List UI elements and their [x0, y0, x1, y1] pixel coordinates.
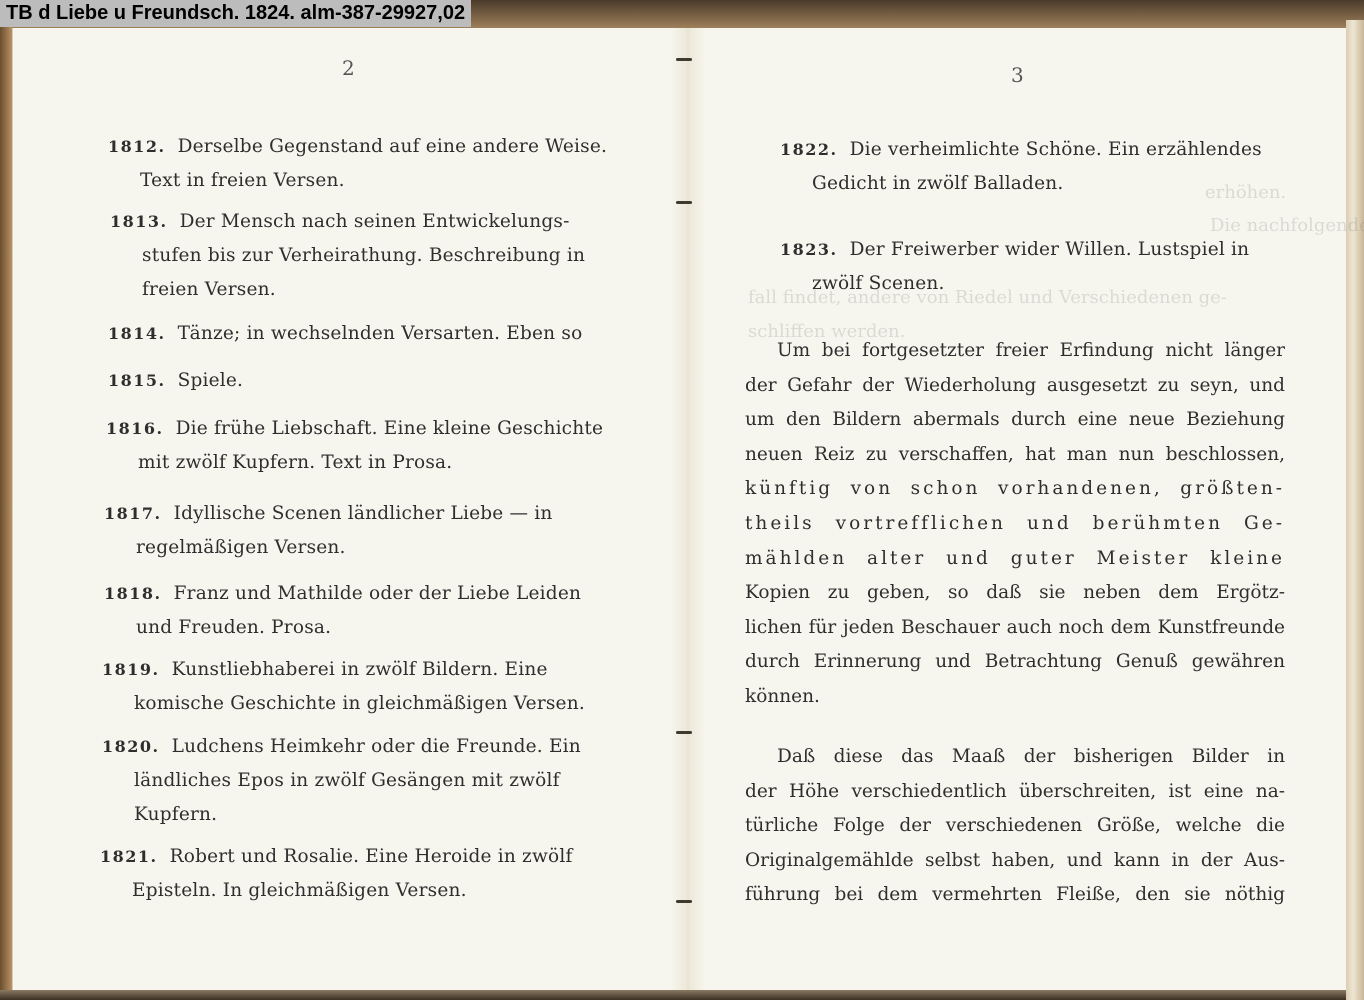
binding-stitch: [676, 900, 692, 903]
entry-text: Idyllische Scenen ländlicher Liebe — in: [174, 503, 553, 524]
entry-text: Tänze; in wechselnden Versarten. Eben so: [178, 323, 583, 344]
page-edges-right: [1346, 20, 1364, 1000]
binding-stitch: [676, 201, 692, 204]
paragraph-line: durch Erinnerung und Betrachtung Genuß g…: [745, 645, 1285, 680]
paragraph-line: Daß diese das Maaß der bisherigen Bilder…: [745, 740, 1285, 775]
book-cover-left: [0, 0, 12, 1000]
paragraph-line: können.: [745, 680, 1285, 715]
entry-number: 1812.: [108, 137, 166, 156]
entry-text: Text in freien Versen.: [108, 164, 618, 198]
paragraph-line: um den Bildern abermals durch eine neue …: [745, 403, 1285, 438]
entry-text: Die verheimlichte Schöne. Ein erzählende…: [850, 139, 1262, 160]
entry-text: und Freuden. Prosa.: [104, 611, 619, 645]
paragraph-line: künftig von schon vorhandenen, größten-: [745, 472, 1285, 507]
entry-text: komische Geschichte in gleichmäßigen Ver…: [102, 687, 617, 721]
entry-text: Kupfern.: [102, 798, 617, 832]
entry-text: Ludchens Heimkehr oder die Freunde. Ein: [172, 736, 581, 757]
catalog-entry: 1818.Franz und Mathilde oder der Liebe L…: [104, 577, 619, 645]
entry-number: 1813.: [110, 212, 168, 231]
entry-text: zwölf Scenen.: [780, 267, 1290, 301]
entry-text: Spiele.: [178, 370, 244, 391]
page-number-right: 3: [1011, 63, 1024, 87]
entry-text: regelmäßigen Versen.: [104, 531, 619, 565]
entry-text: Der Mensch nach seinen Entwickelungs-: [180, 211, 570, 232]
catalog-entry: 1822.Die verheimlichte Schöne. Ein erzäh…: [780, 133, 1290, 201]
catalog-entry: 1817.Idyllische Scenen ländlicher Liebe …: [104, 497, 619, 565]
entry-number: 1816.: [106, 419, 164, 438]
entry-number: 1820.: [102, 737, 160, 756]
paragraph-line: mählden alter und guter Meister kleine: [745, 542, 1285, 577]
entry-text: Die frühe Liebschaft. Eine kleine Geschi…: [176, 418, 604, 439]
catalog-entry: 1823.Der Freiwerber wider Willen. Lustsp…: [780, 233, 1290, 301]
binding-stitch: [676, 731, 692, 734]
body-paragraph: Daß diese das Maaß der bisherigen Bilder…: [745, 740, 1285, 913]
paragraph-line: türliche Folge der verschiedenen Größe, …: [745, 809, 1285, 844]
catalog-entry: 1814.Tänze; in wechselnden Versarten. Eb…: [108, 317, 618, 351]
catalog-entry: 1813.Der Mensch nach seinen Entwickelung…: [110, 205, 620, 307]
entry-number: 1817.: [104, 504, 162, 523]
catalog-entry: 1812.Derselbe Gegenstand auf eine andere…: [108, 130, 618, 198]
entry-text: Derselbe Gegenstand auf eine andere Weis…: [178, 136, 607, 157]
paragraph-line: Kopien zu geben, so daß sie neben dem Er…: [745, 576, 1285, 611]
entry-text: Episteln. In gleichmäßigen Versen.: [100, 874, 615, 908]
entry-text: Gedicht in zwölf Balladen.: [780, 167, 1290, 201]
paragraph-line: lichen für jeden Beschauer auch noch dem…: [745, 611, 1285, 646]
entry-number: 1818.: [104, 584, 162, 603]
paragraph-line: theils vortrefflichen und berühmten Ge-: [745, 507, 1285, 542]
paragraph-line: Originalgemählde selbst haben, und kann …: [745, 844, 1285, 879]
catalog-entry: 1815.Spiele.: [108, 364, 618, 398]
entry-text: Der Freiwerber wider Willen. Lustspiel i…: [850, 239, 1250, 260]
entry-text: Kunstliebhaberei in zwölf Bildern. Eine: [172, 659, 548, 680]
catalog-entry: 1820.Ludchens Heimkehr oder die Freunde.…: [102, 730, 617, 832]
paragraph-line: führung bei dem vermehrten Fleiße, den s…: [745, 878, 1285, 913]
entry-text: Franz und Mathilde oder der Liebe Leiden: [174, 583, 581, 604]
entry-number: 1823.: [780, 240, 838, 259]
entry-number: 1815.: [108, 371, 166, 390]
entry-text: Robert und Rosalie. Eine Heroide in zwöl…: [170, 846, 573, 867]
entry-number: 1819.: [102, 660, 160, 679]
book-gutter: [670, 28, 706, 990]
binding-stitch: [676, 58, 692, 61]
catalog-entry: 1816.Die frühe Liebschaft. Eine kleine G…: [106, 412, 616, 480]
entry-number: 1821.: [100, 847, 158, 866]
entry-text: mit zwölf Kupfern. Text in Prosa.: [106, 446, 616, 480]
document-title-label: TB d Liebe u Freundsch. 1824. alm-387-29…: [0, 0, 471, 27]
entry-text: ländliches Epos in zwölf Gesängen mit zw…: [102, 764, 617, 798]
catalog-entry: 1819.Kunstliebhaberei in zwölf Bildern. …: [102, 653, 617, 721]
entry-number: 1814.: [108, 324, 166, 343]
paragraph-line: der Höhe verschiedentlich überschreiten,…: [745, 775, 1285, 810]
body-paragraph: Um bei fortgesetzter freier Erfindung ni…: [745, 334, 1285, 715]
entry-text: freien Versen.: [110, 273, 620, 307]
entry-text: stufen bis zur Verheirathung. Beschreibu…: [110, 239, 620, 273]
entry-number: 1822.: [780, 140, 838, 159]
book-cover-bottom: [0, 990, 1364, 1000]
paragraph-line: neuen Reiz zu verschaffen, hat man nun b…: [745, 438, 1285, 473]
page-number-left: 2: [342, 56, 355, 80]
paragraph-line: der Gefahr der Wiederholung ausgesetzt z…: [745, 369, 1285, 404]
paragraph-line: Um bei fortgesetzter freier Erfindung ni…: [745, 334, 1285, 369]
catalog-entry: 1821.Robert und Rosalie. Eine Heroide in…: [100, 840, 615, 908]
